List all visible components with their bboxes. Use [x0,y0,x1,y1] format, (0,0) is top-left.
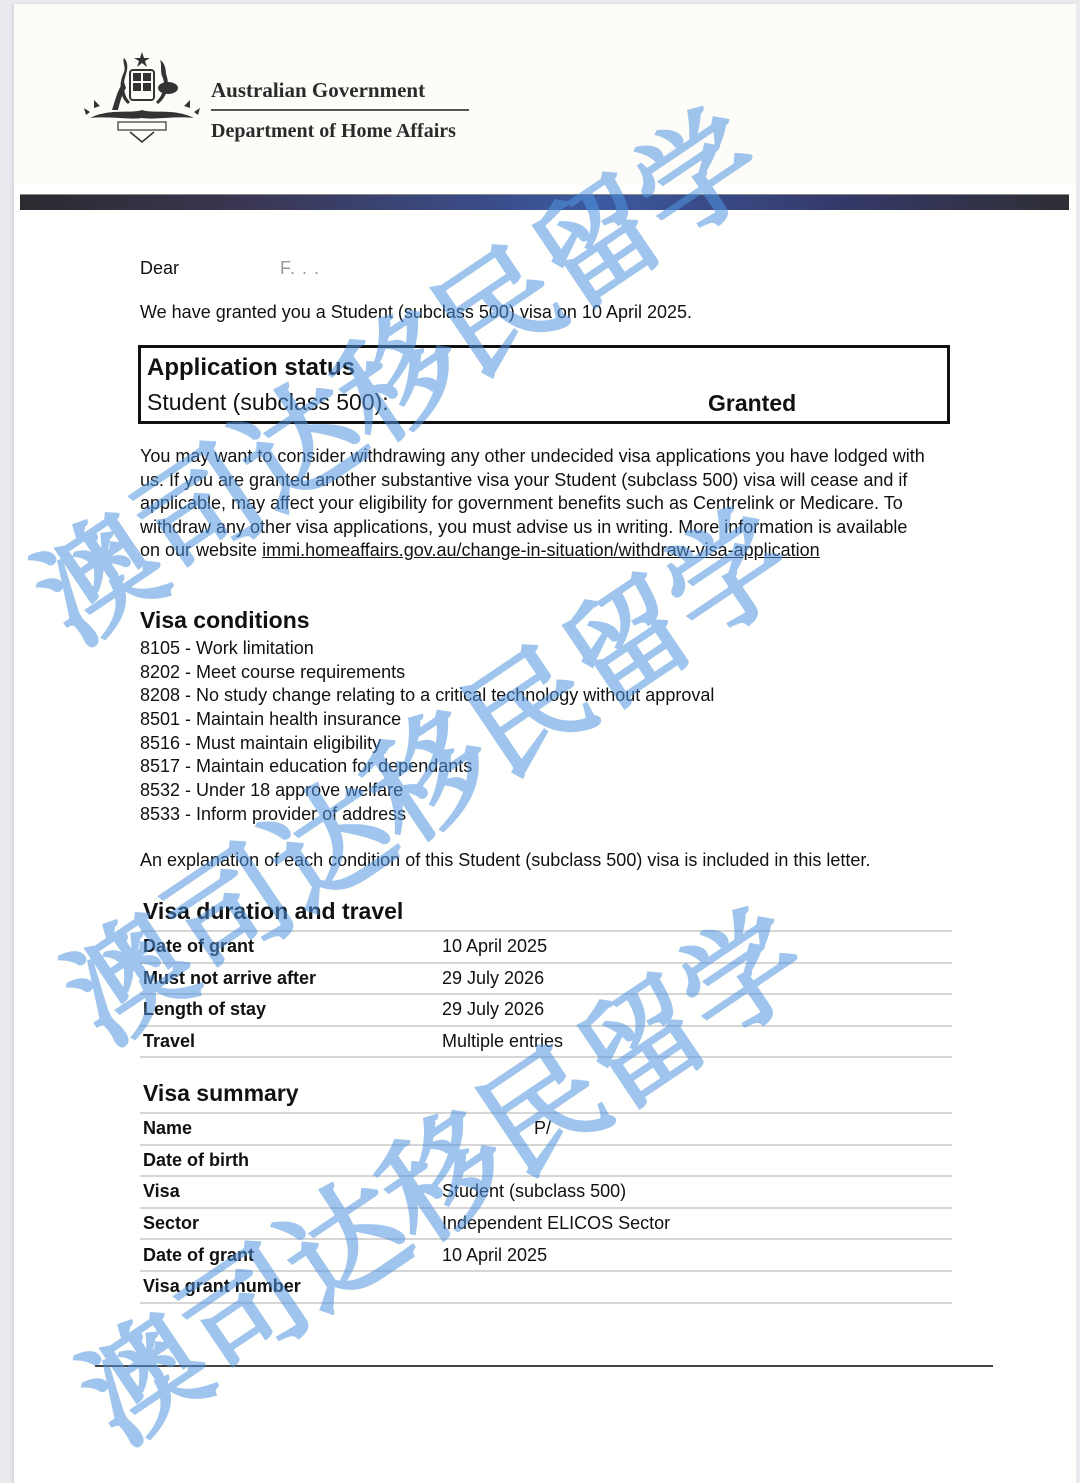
row-value: Independent ELICOS Sector [439,1208,952,1240]
visa-summary-title: Visa summary [143,1080,299,1107]
footer-divider [95,1365,993,1367]
application-status-title: Application status [147,354,355,382]
grant-statement: We have granted you a Student (subclass … [140,301,692,324]
coat-of-arms-icon [80,48,204,144]
row-value: 10 April 2025 [439,931,952,963]
table-row: SectorIndependent ELICOS Sector [140,1208,952,1240]
visa-conditions-list: 8105 - Work limitation 8202 - Meet cours… [140,637,714,827]
row-key: Name [140,1113,439,1145]
row-value: 29 July 2026 [439,994,952,1026]
row-key: Date of grant [140,1239,439,1271]
row-key: Travel [140,1026,439,1058]
header-banner [20,194,1069,210]
row-value [439,1145,952,1177]
withdrawal-notice: You may want to consider withdrawing any… [140,445,930,563]
condition-item: 8517 - Maintain education for dependants [140,755,714,779]
row-key: Date of grant [140,931,439,963]
visa-duration-table: Date of grant10 April 2025 Must not arri… [140,930,952,1058]
row-value [439,1271,952,1303]
table-row: Must not arrive after29 July 2026 [140,963,952,995]
government-name: Australian Government [211,78,425,103]
condition-item: 8533 - Inform provider of address [140,803,714,827]
table-row: NameP/ [140,1113,952,1145]
condition-item: 8516 - Must maintain eligibility [140,732,714,756]
row-value: 10 April 2025 [439,1239,952,1271]
row-value: 29 July 2026 [439,963,952,995]
row-value: Multiple entries [439,1026,952,1058]
visa-conditions-title: Visa conditions [140,607,310,634]
salutation: Dear F. . . [140,257,320,280]
row-key: Sector [140,1208,439,1240]
letterhead: Australian Government Department of Home… [14,4,1076,184]
condition-item: 8105 - Work limitation [140,637,714,661]
application-status-label: Student (subclass 500): [147,389,389,416]
visa-grant-letter: Australian Government Department of Home… [14,4,1076,1483]
table-row: Date of birth [140,1145,952,1177]
salutation-text: Dear [140,258,179,278]
letterhead-divider [211,109,469,111]
row-key: Visa grant number [140,1271,439,1303]
condition-item: 8501 - Maintain health insurance [140,708,714,732]
table-row: TravelMultiple entries [140,1026,952,1058]
visa-duration-title: Visa duration and travel [143,898,403,925]
condition-item: 8532 - Under 18 approve welfare [140,779,714,803]
application-status-box: Application status Student (subclass 500… [138,345,950,424]
withdraw-visa-link[interactable]: immi.homeaffairs.gov.au/change-in-situat… [262,540,820,560]
row-key: Date of birth [140,1145,439,1177]
row-key: Must not arrive after [140,963,439,995]
department-name: Department of Home Affairs [211,120,456,143]
condition-item: 8202 - Meet course requirements [140,661,714,685]
condition-item: 8208 - No study change relating to a cri… [140,684,714,708]
table-row: Visa grant number [140,1271,952,1303]
table-row: Date of grant10 April 2025 [140,1239,952,1271]
visa-summary-table: NameP/ Date of birth VisaStudent (subcla… [140,1112,952,1304]
row-key: Length of stay [140,994,439,1026]
conditions-explanation: An explanation of each condition of this… [140,849,870,872]
row-value: P/ [439,1113,952,1145]
table-row: Length of stay29 July 2026 [140,994,952,1026]
application-status-value: Granted [708,390,796,417]
recipient-name-redacted: F. . . [280,258,320,278]
table-row: VisaStudent (subclass 500) [140,1176,952,1208]
row-value: Student (subclass 500) [439,1176,952,1208]
table-row: Date of grant10 April 2025 [140,931,952,963]
row-key: Visa [140,1176,439,1208]
